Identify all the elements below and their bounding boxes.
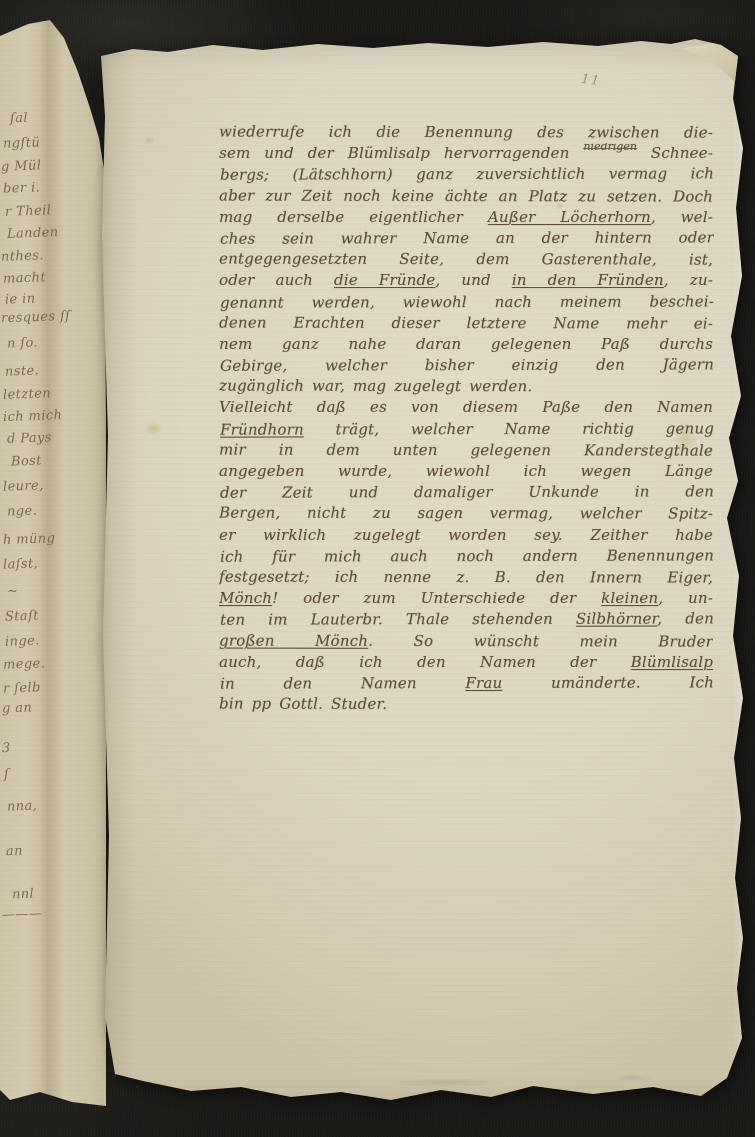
- manuscript-line: sem und der Blümlisalp hervorragenden ni…: [219, 143, 713, 164]
- handwriting-text: bin pp Gottl. Studer.: [219, 695, 387, 713]
- manuscript-line: zugänglich war, mag zugelegt werden.: [219, 376, 713, 398]
- manuscript-line: Mönch! oder zum Unterschiede der kleinen…: [219, 588, 713, 609]
- handwriting-text: festgesetzt; ich nenne z. B. den Innern …: [219, 567, 713, 586]
- left-page-text-fragment: leure,: [3, 479, 44, 493]
- underlined-word: kleinen: [601, 589, 658, 607]
- manuscript-line: großen Mönch. So wünscht mein Bruder: [219, 630, 713, 652]
- handwriting-text: auch, daß ich den Namen der: [219, 653, 631, 671]
- handwriting-block: wiederrufe ich die Benennung des zwische…: [219, 122, 713, 715]
- handwriting-text: ten im Lauterbr. Thale stehenden: [220, 610, 576, 629]
- left-page-text-fragment: Bost: [11, 454, 42, 468]
- handwriting-text: ich für mich auch noch andern Benennunge…: [220, 546, 714, 565]
- manuscript-line: ches sein wahrer Name an der hintern ode…: [220, 227, 714, 249]
- handwriting-text: Bergen, nicht zu sagen vermag, welcher S…: [219, 504, 713, 523]
- underlined-word: großen Mönch: [219, 631, 368, 649]
- handwriting-text: er wirklich zugelegt worden sey. Zeither…: [219, 526, 713, 544]
- handwriting-text: , den: [657, 610, 714, 628]
- underlined-word: in den Fründen: [512, 271, 664, 289]
- left-page-text-fragment: r ſelb: [3, 681, 41, 695]
- manuscript-line: oder auch die Fründe, und in den Fründen…: [219, 270, 713, 291]
- left-page-text-fragment: ber i.: [3, 181, 40, 195]
- handwriting-text: mag derselbe eigentlicher: [219, 208, 488, 226]
- left-page-text-fragment: letzten: [3, 387, 51, 402]
- left-page-text-fragment: nnl: [12, 888, 35, 902]
- left-page-text-fragment: ſ: [4, 768, 10, 781]
- left-page-text-fragment: mege.: [3, 657, 46, 671]
- handwriting-text: Schnee-: [637, 144, 713, 162]
- left-page-text-fragment: inge.: [5, 634, 40, 648]
- handwriting-text: sem und der Blümlisalp hervorragenden: [219, 144, 583, 162]
- manuscript-line: bin pp Gottl. Studer.: [219, 694, 713, 716]
- handwriting-text: nem ganz nahe daran gelegenen Paß durchs: [219, 335, 713, 353]
- manuscript-page-wrap: 11 wiederrufe ich die Benennung des zwis…: [93, 36, 745, 1106]
- manuscript-line: genannt werden, wiewohl nach meinem besc…: [220, 291, 714, 313]
- manuscript-line: Vielleicht daß es von diesem Paße den Na…: [219, 397, 713, 418]
- left-page-text-fragment: h müng: [3, 532, 56, 547]
- ink-smudge: [613, 1074, 653, 1082]
- manuscript-line: mag derselbe eigentlicher Außer Löcherho…: [219, 207, 713, 228]
- manuscript-line: auch, daß ich den Namen der Blümlisalp: [219, 652, 713, 673]
- manuscript-page: 11 wiederrufe ich die Benennung des zwis…: [93, 36, 745, 1106]
- left-page-text-fragment: 3: [2, 742, 11, 755]
- handwriting-text: trägt, welcher Name richtig genug: [304, 419, 714, 438]
- handwriting-text: Vielleicht daß es von diesem Paße den Na…: [219, 398, 713, 416]
- handwriting-text: , zu-: [664, 271, 713, 289]
- manuscript-line: der Zeit und damaliger Unkunde in den: [220, 482, 714, 504]
- left-page-text-fragment: nna,: [7, 799, 38, 813]
- interlinear-insertion: niedrigen: [583, 147, 637, 149]
- underlined-word: Silbhörner: [576, 610, 657, 628]
- handwriting-text: mir in dem unten gelegenen Kanderstegtha…: [219, 440, 713, 459]
- handwriting-text: zugänglich war, mag zugelegt werden.: [219, 377, 532, 396]
- handwriting-text: entgegengesetzten Seite, dem Gasterentha…: [219, 250, 713, 269]
- manuscript-line: entgegengesetzten Seite, dem Gasterentha…: [219, 249, 713, 271]
- manuscript-line: ten im Lauterbr. Thale stehenden Silbhör…: [220, 609, 714, 631]
- underlined-word: Mönch: [219, 589, 272, 607]
- left-page-text-fragment: g Mül: [1, 159, 42, 173]
- left-page-text-fragment: nste.: [5, 364, 40, 378]
- handwriting-text: Gebirge, welcher bisher einzig den Jäger…: [220, 355, 714, 374]
- left-page-text-fragment: laſst,: [3, 557, 39, 571]
- left-page-text-fragment: ie in: [5, 292, 36, 306]
- manuscript-line: er wirklich zugelegt worden sey. Zeither…: [219, 525, 713, 546]
- foxing-stain: [143, 136, 155, 145]
- manuscript-line: wiederrufe ich die Benennung des zwische…: [219, 121, 713, 143]
- handwriting-text: denen Erachten dieser letztere Name mehr…: [219, 313, 713, 332]
- left-page-text-fragment: ———: [2, 907, 43, 921]
- handwriting-text: ! oder zum Unterschiede der: [272, 589, 601, 607]
- handwriting-text: der Zeit und damaliger Unkunde in den: [220, 483, 714, 502]
- page-number: 11: [580, 73, 601, 88]
- underlined-word: Fründhorn: [220, 420, 304, 438]
- handwriting-text: ches sein wahrer Name an der hintern ode…: [220, 228, 714, 247]
- foxing-stain: [145, 422, 162, 435]
- left-page-text-fragment: ſal: [10, 112, 28, 126]
- left-page-text-fragment: an: [6, 845, 23, 859]
- handwriting-text: oder auch: [219, 271, 334, 289]
- left-page-text-fragment: ngſtü: [3, 136, 41, 150]
- manuscript-line: Fründhorn trägt, welcher Name richtig ge…: [220, 418, 714, 440]
- manuscript-line: in den Namen Frau umänderte. Ich: [220, 672, 714, 694]
- left-page-text-fragment: d Pays: [7, 431, 52, 446]
- left-page-text-fragment: macht: [3, 271, 46, 285]
- handwriting-text: , und: [435, 271, 511, 289]
- left-page-text-fragment: g an: [2, 701, 33, 715]
- manuscript-line: Bergen, nicht zu sagen vermag, welcher S…: [219, 503, 713, 525]
- handwriting-text: aber zur Zeit noch keine ächte an Platz …: [219, 186, 713, 205]
- manuscript-line: mir in dem unten gelegenen Kanderstegtha…: [219, 439, 713, 461]
- handwriting-text: in den Namen: [220, 674, 465, 693]
- handwriting-text: , wel-: [651, 208, 713, 226]
- page-corner-fold: [682, 39, 742, 95]
- manuscript-line: ich für mich auch noch andern Benennunge…: [220, 545, 714, 567]
- left-page-text-fragment: Landen: [7, 226, 59, 241]
- handwriting-text: umänderte. Ich: [502, 673, 714, 692]
- manuscript-line: aber zur Zeit noch keine ächte an Platz …: [219, 185, 713, 207]
- underlined-word: die Fründe: [334, 271, 435, 289]
- manuscript-line: denen Erachten dieser letztere Name mehr…: [219, 312, 713, 334]
- handwriting-text: genannt werden, wiewohl nach meinem besc…: [220, 292, 714, 311]
- manuscript-line: festgesetzt; ich nenne z. B. den Innern …: [219, 566, 713, 588]
- left-page-text-fragment: n ſo.: [7, 336, 38, 350]
- left-page-text-fragment: r Theil: [5, 204, 52, 219]
- ink-smudge: [388, 1078, 503, 1087]
- manuscript-line: nem ganz nahe daran gelegenen Paß durchs: [219, 334, 713, 355]
- manuscript-line: angegeben wurde, wiewohl ich wegen Länge: [219, 461, 713, 482]
- manuscript-line: Gebirge, welcher bisher einzig den Jäger…: [220, 354, 714, 376]
- underlined-word: Blümlisalp: [631, 653, 713, 671]
- underlined-word: Außer Löcherhorn: [488, 208, 651, 226]
- previous-page-edge: ſalngſtüg Mülber i.r TheilLandennthes.ma…: [0, 20, 106, 1116]
- handwriting-text: , un-: [658, 589, 713, 607]
- handwriting-text: angegeben wurde, wiewohl ich wegen Länge: [219, 462, 713, 480]
- left-page-text-fragment: ~: [7, 585, 19, 598]
- left-page-text-fragment: resques ſſ: [1, 310, 71, 325]
- left-page-text-fragment: ich mich: [3, 409, 63, 424]
- manuscript-photo: ſalngſtüg Mülber i.r TheilLandennthes.ma…: [0, 0, 755, 1137]
- handwriting-text: wiederrufe ich die Benennung des zwische…: [219, 122, 713, 141]
- left-page-text-fragment: Staſt: [5, 609, 39, 623]
- handwriting-text: bergs; (Lätschhorn) ganz zuversichtlich …: [220, 165, 714, 184]
- left-page-text-fragment: nthes.: [1, 249, 44, 263]
- underlined-word: Frau: [465, 674, 502, 692]
- manuscript-line: bergs; (Lätschhorn) ganz zuversichtlich …: [220, 164, 714, 186]
- handwriting-text: . So wünscht mein Bruder: [368, 631, 713, 650]
- left-page-text-fragment: nge.: [7, 504, 38, 518]
